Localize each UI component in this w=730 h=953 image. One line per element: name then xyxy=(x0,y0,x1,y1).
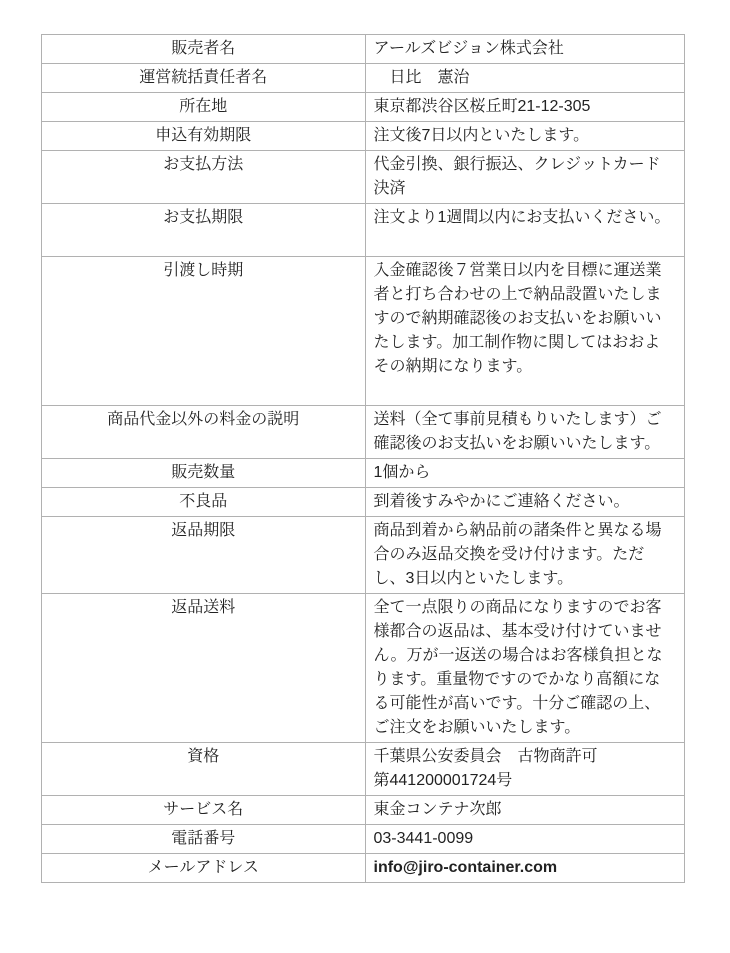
row-label-sales-quantity: 販売数量 xyxy=(42,459,366,488)
row-label-additional-fees: 商品代金以外の料金の説明 xyxy=(42,406,366,459)
table-row-delivery-time: 引渡し時期 入金確認後７営業日以内を目標に運送業者と打ち合わせの上で納品設置いた… xyxy=(42,257,685,406)
row-value-sales-quantity: 1個から xyxy=(365,459,685,488)
table-row-phone-number: 電話番号 03-3441-0099 xyxy=(42,825,685,854)
table-row-return-deadline: 返品期限 商品到着から納品前の諸条件と異なる場合のみ返品交換を受け付けます。ただ… xyxy=(42,517,685,594)
row-label-seller-name: 販売者名 xyxy=(42,35,366,64)
row-value-payment-methods: 代金引換、銀行振込、クレジットカード決済 xyxy=(365,151,685,204)
row-label-defective-items: 不良品 xyxy=(42,488,366,517)
table-row-service-name: サービス名 東金コンテナ次郎 xyxy=(42,796,685,825)
row-label-service-name: サービス名 xyxy=(42,796,366,825)
table-row-seller-name: 販売者名 アールズビジョン株式会社 xyxy=(42,35,685,64)
row-label-return-deadline: 返品期限 xyxy=(42,517,366,594)
row-value-payment-deadline: 注文より1週間以内にお支払いください。 xyxy=(365,204,685,257)
table-row-additional-fees: 商品代金以外の料金の説明 送料（全て事前見積もりいたします）ご確認後のお支払いを… xyxy=(42,406,685,459)
table-row-defective-items: 不良品 到着後すみやかにご連絡ください。 xyxy=(42,488,685,517)
row-label-delivery-time: 引渡し時期 xyxy=(42,257,366,406)
table-row-payment-methods: お支払方法 代金引換、銀行振込、クレジットカード決済 xyxy=(42,151,685,204)
row-value-application-validity: 注文後7日以内といたします。 xyxy=(365,122,685,151)
row-value-email-address: info@jiro-container.com xyxy=(365,854,685,883)
row-label-phone-number: 電話番号 xyxy=(42,825,366,854)
row-label-email-address: メールアドレス xyxy=(42,854,366,883)
row-value-defective-items: 到着後すみやかにご連絡ください。 xyxy=(365,488,685,517)
row-label-address: 所在地 xyxy=(42,93,366,122)
row-value-delivery-time: 入金確認後７営業日以内を目標に運送業者と打ち合わせの上で納品設置いたしますので納… xyxy=(365,257,685,406)
table-row-operations-manager: 運営統括責任者名 日比 憲治 xyxy=(42,64,685,93)
row-label-operations-manager: 運営統括責任者名 xyxy=(42,64,366,93)
row-value-address: 東京都渋谷区桜丘町21-12-305 xyxy=(365,93,685,122)
row-value-return-deadline: 商品到着から納品前の諸条件と異なる場合のみ返品交換を受け付けます。ただし、3日以… xyxy=(365,517,685,594)
table-row-return-shipping: 返品送料 全て一点限りの商品になりますのでお客様都合の返品は、基本受け付けていま… xyxy=(42,594,685,743)
row-value-seller-name: アールズビジョン株式会社 xyxy=(365,35,685,64)
row-label-payment-deadline: お支払期限 xyxy=(42,204,366,257)
row-label-application-validity: 申込有効期限 xyxy=(42,122,366,151)
table-row-sales-quantity: 販売数量 1個から xyxy=(42,459,685,488)
row-label-payment-methods: お支払方法 xyxy=(42,151,366,204)
table-row-application-validity: 申込有効期限 注文後7日以内といたします。 xyxy=(42,122,685,151)
row-value-qualification: 千葉県公安委員会 古物商許可 第441200001724号 xyxy=(365,743,685,796)
row-label-qualification: 資格 xyxy=(42,743,366,796)
row-value-operations-manager: 日比 憲治 xyxy=(365,64,685,93)
row-value-service-name: 東金コンテナ次郎 xyxy=(365,796,685,825)
table-row-qualification: 資格 千葉県公安委員会 古物商許可 第441200001724号 xyxy=(42,743,685,796)
row-value-phone-number: 03-3441-0099 xyxy=(365,825,685,854)
row-label-return-shipping: 返品送料 xyxy=(42,594,366,743)
table-row-address: 所在地 東京都渋谷区桜丘町21-12-305 xyxy=(42,93,685,122)
row-value-additional-fees: 送料（全て事前見積もりいたします）ご確認後のお支払いをお願いいたします。 xyxy=(365,406,685,459)
seller-info-table: 販売者名 アールズビジョン株式会社 運営統括責任者名 日比 憲治 所在地 東京都… xyxy=(41,34,685,883)
table-row-email-address: メールアドレス info@jiro-container.com xyxy=(42,854,685,883)
table-row-payment-deadline: お支払期限 注文より1週間以内にお支払いください。 xyxy=(42,204,685,257)
row-value-return-shipping: 全て一点限りの商品になりますのでお客様都合の返品は、基本受け付けていません。万が… xyxy=(365,594,685,743)
